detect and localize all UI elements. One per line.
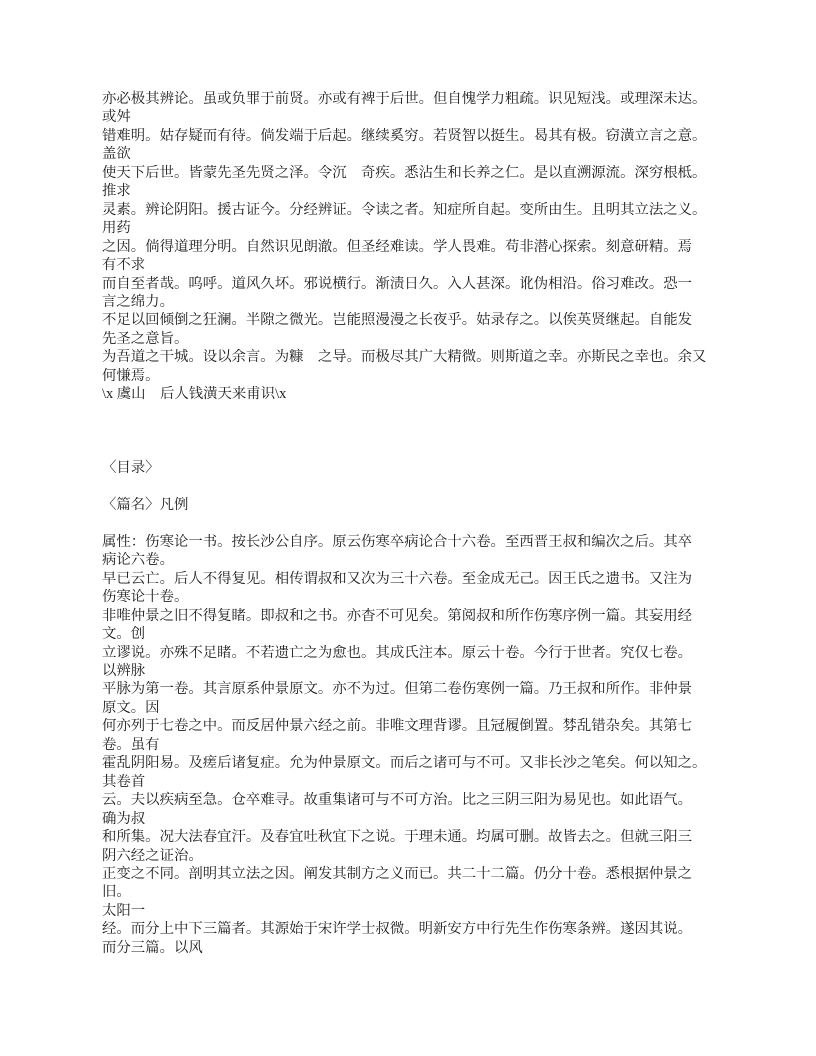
text-line: 确为叔 xyxy=(102,810,724,828)
preface-paragraph: 亦必极其辨论。虽或负罪于前贤。亦或有裨于后世。但自愧学力粗疏。识见短浅。或理深未… xyxy=(102,90,724,404)
text-line: 和所集。况大法春宜汗。及春宜吐秋宜下之说。于理未通。均属可删。故皆去之。但就三阳… xyxy=(102,828,724,846)
text-line: 以辨脉 xyxy=(102,662,724,680)
text-line: 为吾道之干城。设以余言。为糠 之导。而极尽其广大精微。则斯道之幸。亦斯民之幸也。… xyxy=(102,348,724,366)
text-line: 推求 xyxy=(102,182,724,200)
toc-heading: 〈目录〉 xyxy=(102,459,724,477)
text-line: 原文。因 xyxy=(102,699,724,717)
document-content: 亦必极其辨论。虽或负罪于前贤。亦或有裨于后世。但自愧学力粗疏。识见短浅。或理深未… xyxy=(102,90,724,957)
text-line: 何亦列于七卷之中。而反居仲景六经之前。非唯文理背谬。且冠履倒置。棼乱错杂矣。其第… xyxy=(102,717,724,735)
text-line: 非唯仲景之旧不得复睹。即叔和之书。亦杳不可见矣。第阅叔和所作伤寒序例一篇。其妄用… xyxy=(102,607,724,625)
text-line: 伤寒论十卷。 xyxy=(102,588,724,606)
text-line: 经。而分上中下三篇者。其源始于宋许学士叔微。明新安方中行先生作伤寒条辨。遂因其说… xyxy=(102,920,724,938)
text-line: 言之绵力。 xyxy=(102,293,724,311)
text-line: 早已云亡。后人不得复见。相传谓叔和又次为三十六卷。至金成无己。因王氏之遗书。又注… xyxy=(102,570,724,588)
text-line: 太阳一 xyxy=(102,902,724,920)
section-heading: 〈篇名〉凡例 xyxy=(102,496,724,514)
text-line: 而自至者哉。呜呼。道风久坏。邪说横行。渐渍日久。入人甚深。讹伪相沿。俗习难改。恐… xyxy=(102,275,724,293)
document-page: 亦必极其辨论。虽或负罪于前贤。亦或有裨于后世。但自愧学力粗疏。识见短浅。或理深未… xyxy=(0,0,816,1056)
text-line: 何慊焉。 xyxy=(102,367,724,385)
text-line: 旧。 xyxy=(102,883,724,901)
text-line: 亦必极其辨论。虽或负罪于前贤。亦或有裨于后世。但自愧学力粗疏。识见短浅。或理深未… xyxy=(102,90,724,108)
text-line: 有不求 xyxy=(102,256,724,274)
fanli-paragraph: 属性：伤寒论一书。按长沙公自序。原云伤寒卒病论合十六卷。至西晋王叔和编次之后。其… xyxy=(102,533,724,957)
text-line: 或舛 xyxy=(102,108,724,126)
text-line: 卷。虽有 xyxy=(102,736,724,754)
text-line: 先圣之意旨。 xyxy=(102,330,724,348)
text-line: 之因。倘得道理分明。自然识见朗澈。但圣经难读。学人畏难。苟非潜心探索。刻意研精。… xyxy=(102,238,724,256)
text-line: 盖欲 xyxy=(102,145,724,163)
text-line: 灵素。辨论阴阳。援古证今。分经辨证。令读之者。知症所自起。变所由生。且明其立法之… xyxy=(102,201,724,219)
text-line: \x 虞山 后人钱潢天来甫识\x xyxy=(102,385,724,403)
text-line: 病论六卷。 xyxy=(102,551,724,569)
text-line: 云。夫以疾病至急。仓卒难寻。故重集诸可与不可方治。比之三阴三阳为易见也。如此语气… xyxy=(102,791,724,809)
text-line: 阴六经之证治。 xyxy=(102,847,724,865)
text-line: 不足以回倾倒之狂澜。半隙之微光。岂能照漫漫之长夜乎。姑录存之。以俟英贤继起。自能… xyxy=(102,311,724,329)
text-line: 而分三篇。以风 xyxy=(102,939,724,957)
text-line: 霍乱阴阳易。及瘥后诸复症。允为仲景原文。而后之诸可与不可。又非长沙之笔矣。何以知… xyxy=(102,754,724,772)
text-line: 文。创 xyxy=(102,625,724,643)
text-line: 用药 xyxy=(102,219,724,237)
text-line: 正变之不同。剖明其立法之因。阐发其制方之义而已。共二十二篇。仍分十卷。悉根据仲景… xyxy=(102,865,724,883)
text-line: 错难明。姑存疑而有待。倘发端于后起。继续奚穷。若贤智以挺生。曷其有极。窃潢立言之… xyxy=(102,127,724,145)
text-line: 平脉为第一卷。其言原系仲景原文。亦不为过。但第二卷伤寒例一篇。乃王叔和所作。非仲… xyxy=(102,680,724,698)
text-line: 立谬说。亦殊不足睹。不若遗亡之为愈也。其成氏注本。原云十卷。今行于世者。究仅七卷… xyxy=(102,644,724,662)
text-line: 使天下后世。皆蒙先圣先贤之泽。令沉 奇疾。悉沾生和长养之仁。是以直溯源流。深穷根… xyxy=(102,164,724,182)
text-line: 其卷首 xyxy=(102,773,724,791)
text-line: 属性：伤寒论一书。按长沙公自序。原云伤寒卒病论合十六卷。至西晋王叔和编次之后。其… xyxy=(102,533,724,551)
